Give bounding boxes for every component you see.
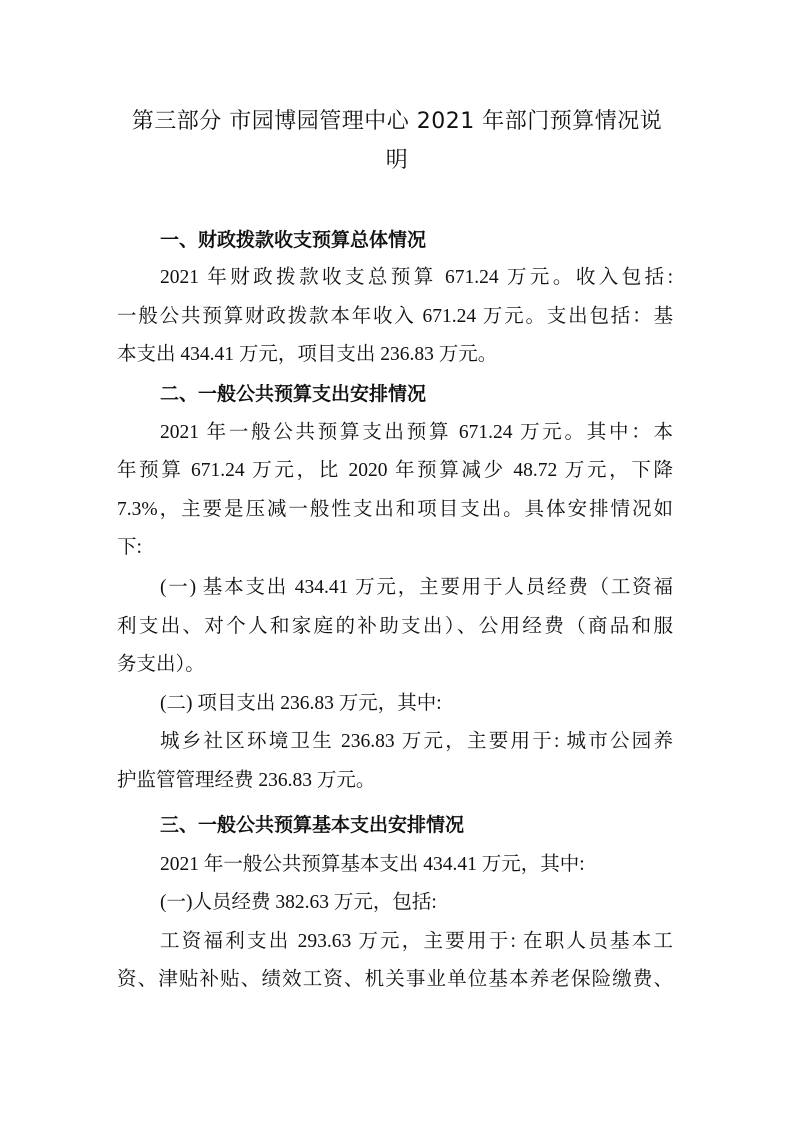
paragraph-line: 2021 年财政拨款收支总预算 671.24 万元。收入包括:	[160, 259, 673, 297]
document-page: 第三部分 市园博园管理中心 2021 年部门预算情况说 明 一、财政拨款收支预算…	[0, 0, 794, 1123]
paragraph-line: (一) 基本支出 434.41 万元，主要用于人员经费（工资福	[160, 569, 673, 607]
paragraph-line: 资、津贴补贴、绩效工资、机关事业单位基本养老保险缴费、	[117, 961, 673, 999]
paragraph-line: 年预算 671.24 万元，比 2020 年预算减少 48.72 万元，下降	[117, 452, 673, 490]
section-heading-1: 一、财政拨款收支预算总体情况	[160, 221, 426, 259]
paragraph-line: 一般公共预算财政拨款本年收入 671.24 万元。支出包括：基	[117, 298, 673, 336]
document-title-line-1: 第三部分 市园博园管理中心 2021 年部门预算情况说	[110, 104, 684, 135]
paragraph-line: 利支出、对个人和家庭的补助支出）、公用经费（商品和服	[117, 608, 673, 646]
section-heading-2: 二、一般公共预算支出安排情况	[160, 375, 426, 413]
paragraph-line: 2021 年一般公共预算支出预算 671.24 万元。其中：本	[160, 414, 673, 452]
paragraph-line: (一)人员经费 382.63 万元，包括:	[160, 884, 673, 922]
paragraph-line: 城乡社区环境卫生 236.83 万元，主要用于: 城市公园养	[160, 723, 673, 761]
paragraph-line: 工资福利支出 293.63 万元，主要用于: 在职人员基本工	[160, 923, 673, 961]
paragraph-line: 7.3%，主要是压减一般性支出和项目支出。具体安排情况如	[117, 491, 673, 529]
paragraph-line: 2021 年一般公共预算基本支出 434.41 万元，其中:	[160, 846, 673, 884]
paragraph-line: 本支出 434.41 万元，项目支出 236.83 万元。	[117, 336, 673, 374]
document-title-line-2: 明	[110, 143, 684, 174]
section-heading-3: 三、一般公共预算基本支出安排情况	[160, 806, 464, 844]
paragraph-line: 护监管管理经费 236.83 万元。	[117, 762, 673, 800]
paragraph-line: 下:	[117, 529, 673, 567]
paragraph-line: (二) 项目支出 236.83 万元，其中:	[160, 685, 673, 723]
paragraph-line: 务支出）。	[117, 646, 673, 684]
